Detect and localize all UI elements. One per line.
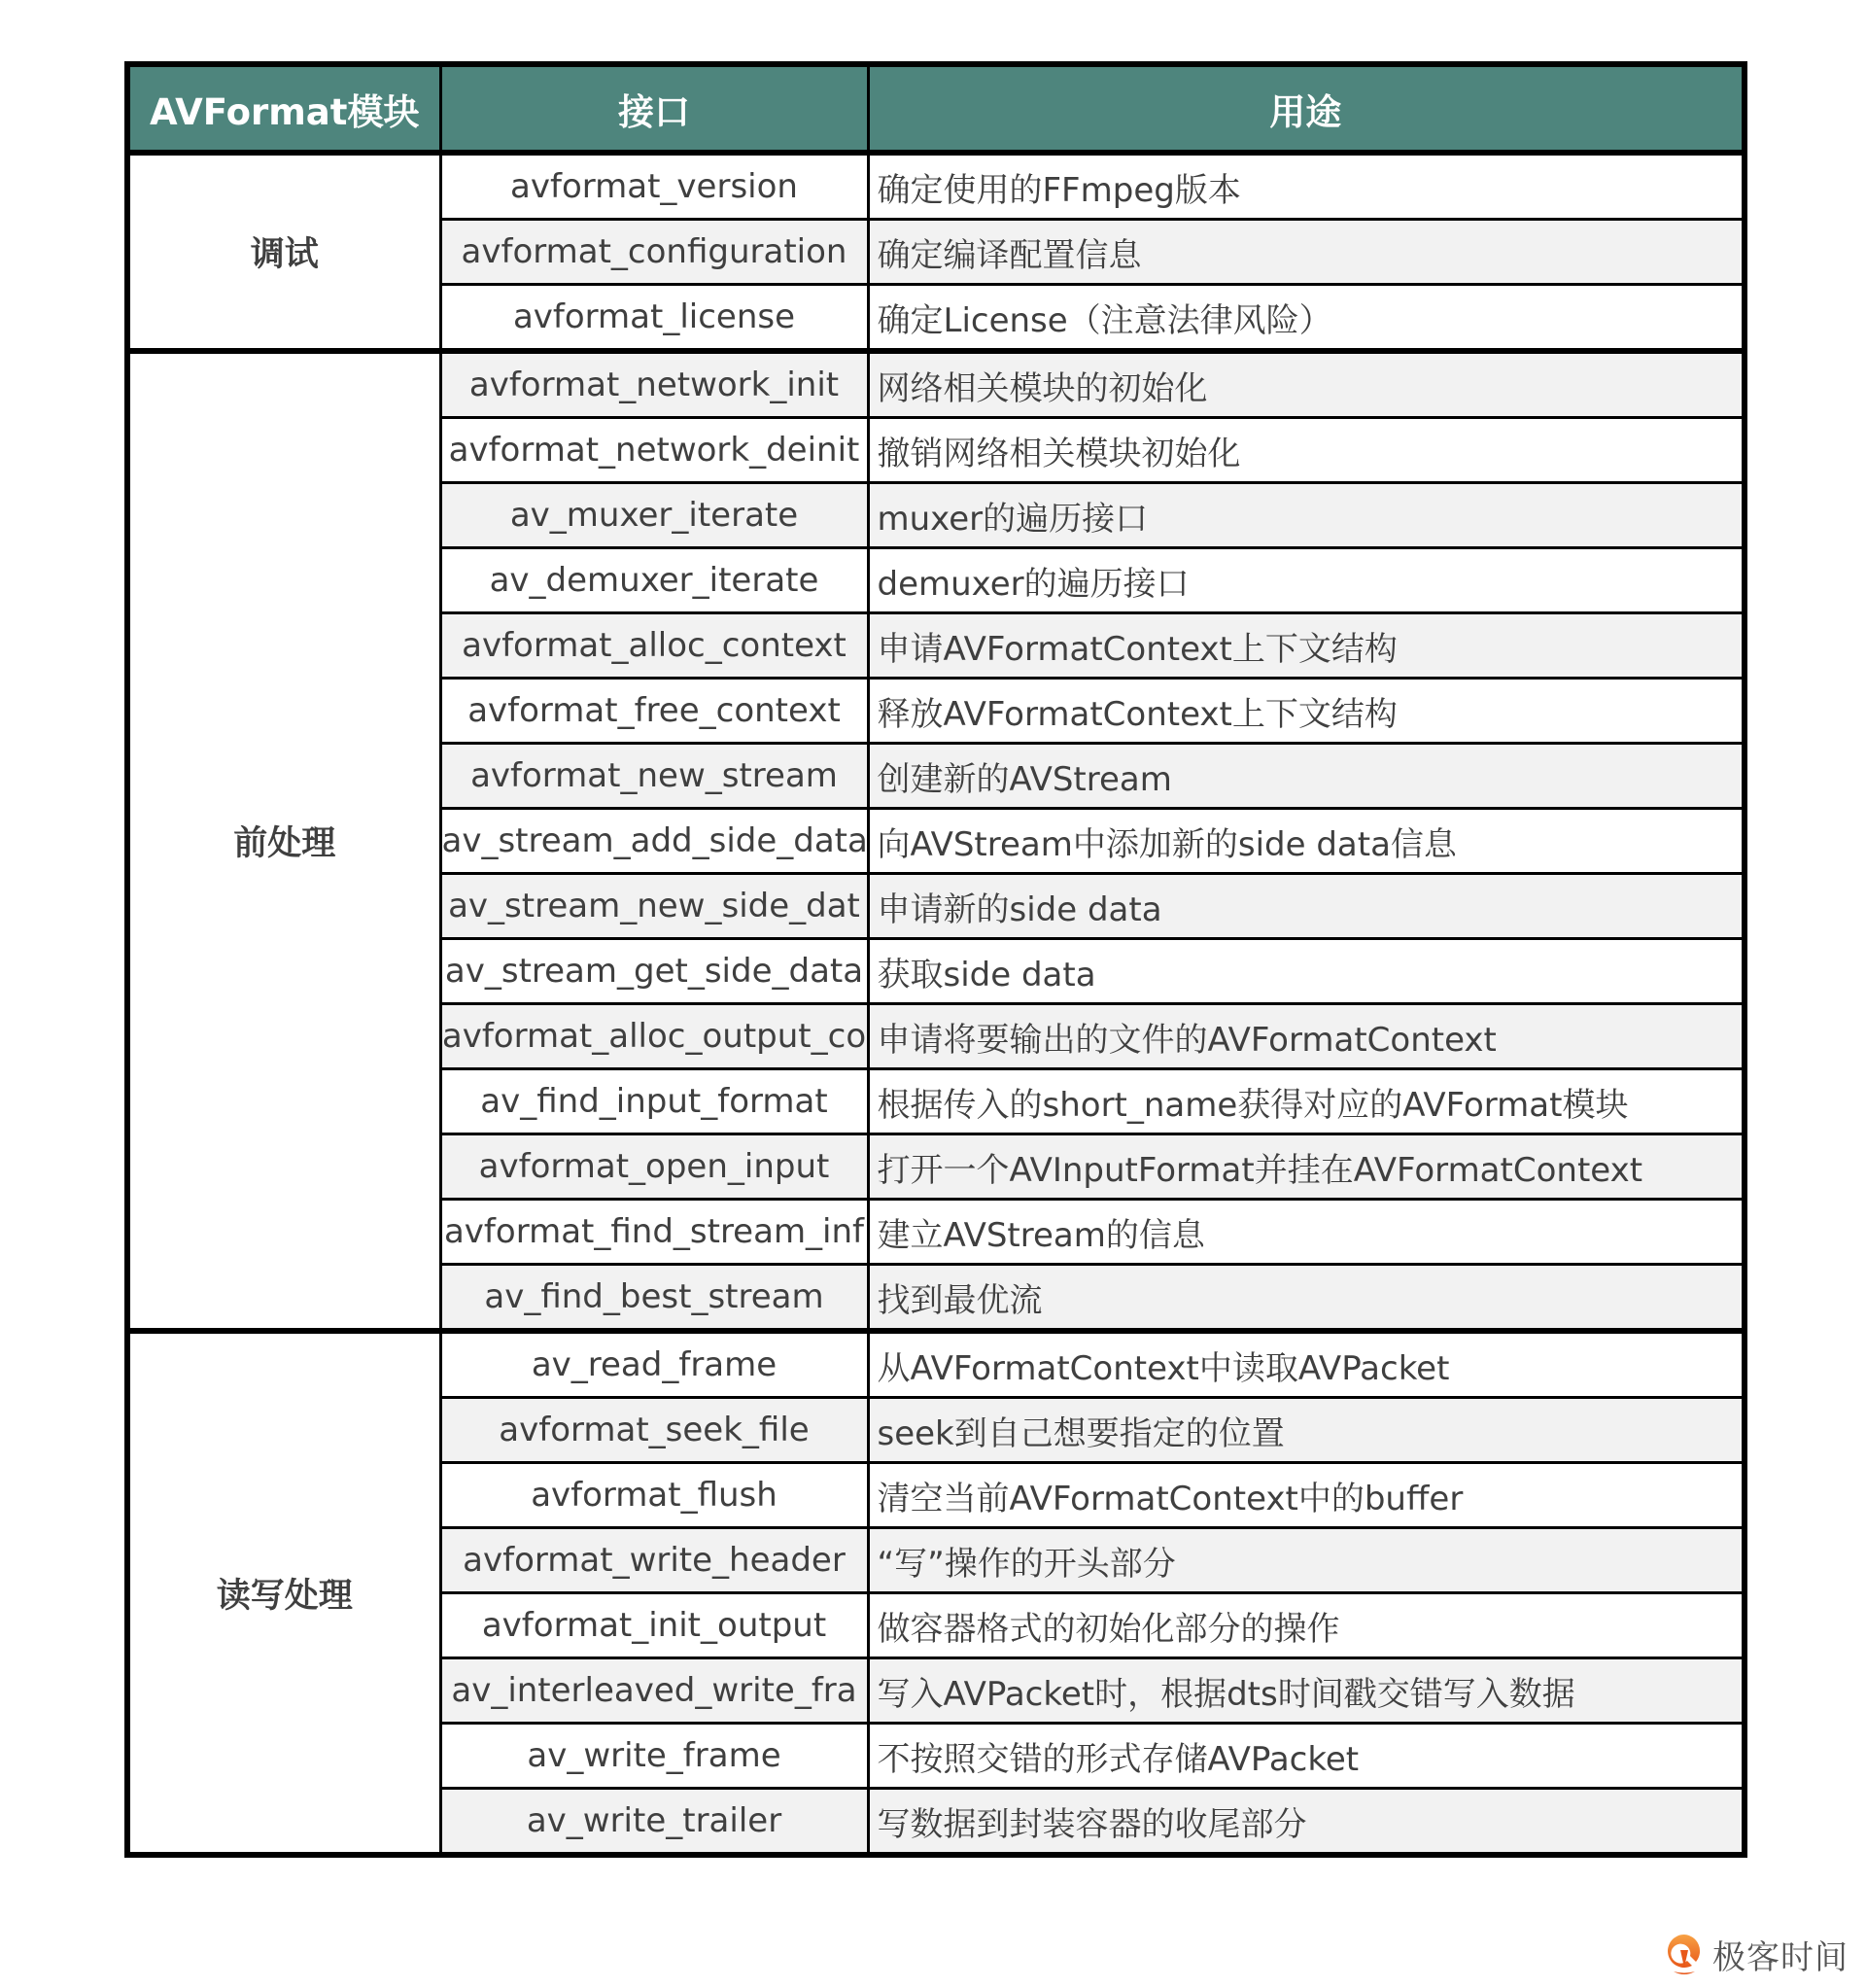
purpose-cell: muxer的遍历接口	[868, 483, 1745, 548]
table-row: 前处理avformat_network_init网络相关模块的初始化	[127, 351, 1745, 418]
purpose-cell: 获取side data	[868, 939, 1745, 1004]
module-group-label: 调试	[127, 153, 440, 351]
purpose-cell: 确定License（注意法律风险）	[868, 285, 1745, 352]
module-group-label: 读写处理	[127, 1331, 440, 1855]
geektime-logo-icon	[1666, 1933, 1703, 1977]
purpose-cell: 向AVStream中添加新的side data信息	[868, 809, 1745, 874]
table-body: 调试avformat_version确定使用的FFmpeg版本avformat_…	[127, 153, 1745, 1855]
interface-cell: avformat_version	[440, 153, 868, 220]
interface-cell: avformat_network_deinit	[440, 418, 868, 483]
purpose-cell: 释放AVFormatContext上下文结构	[868, 679, 1745, 744]
interface-cell: avformat_alloc_context	[440, 613, 868, 679]
interface-cell: avformat_write_header	[440, 1528, 868, 1593]
purpose-cell: 撤销网络相关模块初始化	[868, 418, 1745, 483]
interface-cell: av_demuxer_iterate	[440, 548, 868, 613]
interface-cell: av_stream_get_side_data	[440, 939, 868, 1004]
interface-cell: avformat_find_stream_inf	[440, 1200, 868, 1265]
purpose-cell: demuxer的遍历接口	[868, 548, 1745, 613]
interface-cell: av_read_frame	[440, 1331, 868, 1398]
purpose-cell: 申请将要输出的文件的AVFormatContext	[868, 1004, 1745, 1069]
purpose-cell: 不按照交错的形式存储AVPacket	[868, 1724, 1745, 1789]
purpose-cell: 写入AVPacket时，根据dts时间戳交错写入数据	[868, 1658, 1745, 1724]
interface-cell: avformat_network_init	[440, 351, 868, 418]
interface-cell: avformat_init_output	[440, 1593, 868, 1658]
interface-cell: av_find_input_format	[440, 1069, 868, 1134]
purpose-cell: 网络相关模块的初始化	[868, 351, 1745, 418]
purpose-cell: seek到自己想要指定的位置	[868, 1398, 1745, 1463]
purpose-cell: 打开一个AVInputFormat并挂在AVFormatContext	[868, 1134, 1745, 1200]
interface-cell: av_interleaved_write_fra	[440, 1658, 868, 1724]
purpose-cell: 建立AVStream的信息	[868, 1200, 1745, 1265]
interface-cell: avformat_seek_file	[440, 1398, 868, 1463]
purpose-cell: 根据传入的short_name获得对应的AVFormat模块	[868, 1069, 1745, 1134]
purpose-cell: 申请新的side data	[868, 874, 1745, 939]
purpose-cell: 找到最优流	[868, 1265, 1745, 1332]
interface-cell: av_find_best_stream	[440, 1265, 868, 1332]
purpose-cell: 确定使用的FFmpeg版本	[868, 153, 1745, 220]
interface-cell: avformat_alloc_output_co	[440, 1004, 868, 1069]
geektime-logo: 极客时间	[1666, 1931, 1849, 1978]
interface-cell: avformat_free_context	[440, 679, 868, 744]
interface-cell: avformat_license	[440, 285, 868, 352]
purpose-cell: 清空当前AVFormatContext中的buffer	[868, 1463, 1745, 1528]
purpose-cell: “写”操作的开头部分	[868, 1528, 1745, 1593]
interface-cell: av_stream_add_side_data	[440, 809, 868, 874]
purpose-cell: 创建新的AVStream	[868, 744, 1745, 809]
purpose-cell: 写数据到封装容器的收尾部分	[868, 1789, 1745, 1856]
header-module: AVFormat模块	[127, 64, 440, 153]
interface-cell: av_write_frame	[440, 1724, 868, 1789]
purpose-cell: 确定编译配置信息	[868, 220, 1745, 285]
table-header-row: AVFormat模块 接口 用途	[127, 64, 1745, 153]
header-interface: 接口	[440, 64, 868, 153]
module-group-label: 前处理	[127, 351, 440, 1331]
interface-cell: av_write_trailer	[440, 1789, 868, 1856]
interface-cell: avformat_new_stream	[440, 744, 868, 809]
purpose-cell: 做容器格式的初始化部分的操作	[868, 1593, 1745, 1658]
avformat-api-table-container: AVFormat模块 接口 用途 调试avformat_version确定使用的…	[124, 61, 1747, 1858]
interface-cell: av_stream_new_side_dat	[440, 874, 868, 939]
purpose-cell: 申请AVFormatContext上下文结构	[868, 613, 1745, 679]
header-purpose: 用途	[868, 64, 1745, 153]
geektime-logo-text: 极客时间	[1712, 1931, 1849, 1978]
avformat-api-table: AVFormat模块 接口 用途 调试avformat_version确定使用的…	[124, 61, 1747, 1858]
interface-cell: avformat_flush	[440, 1463, 868, 1528]
interface-cell: av_muxer_iterate	[440, 483, 868, 548]
interface-cell: avformat_open_input	[440, 1134, 868, 1200]
interface-cell: avformat_configuration	[440, 220, 868, 285]
table-row: 调试avformat_version确定使用的FFmpeg版本	[127, 153, 1745, 220]
table-row: 读写处理av_read_frame从AVFormatContext中读取AVPa…	[127, 1331, 1745, 1398]
purpose-cell: 从AVFormatContext中读取AVPacket	[868, 1331, 1745, 1398]
